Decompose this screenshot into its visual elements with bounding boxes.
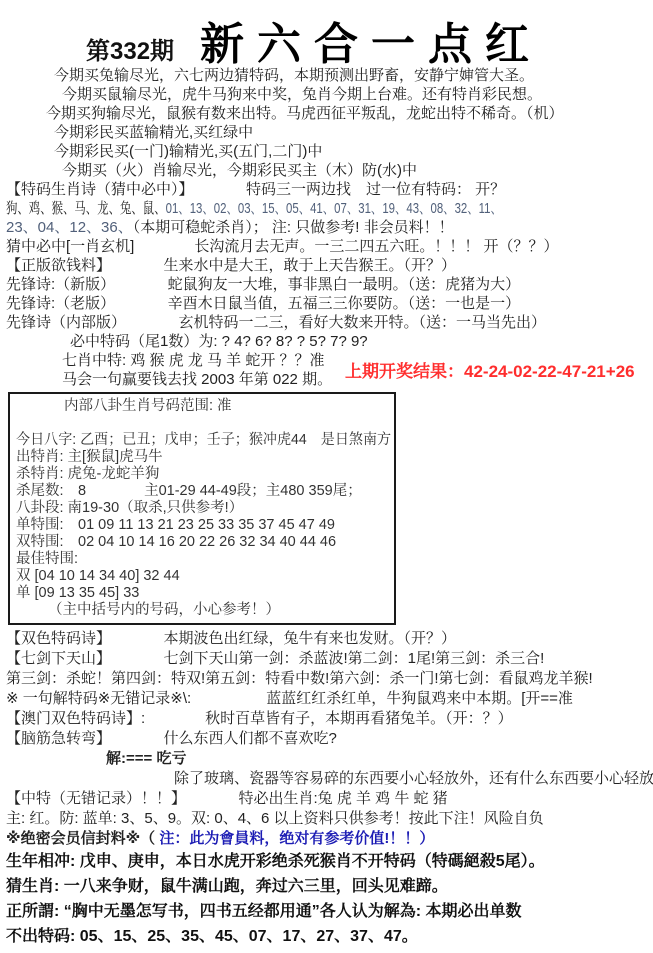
text-line: 双 [04 10 14 34 40] 32 44 bbox=[16, 568, 388, 585]
text-line: 杀尾数: 8 主01-29 44-49段；主480 359尾； bbox=[16, 483, 388, 500]
text-line: （主中括号内的号码，小心参考！） bbox=[16, 602, 388, 619]
text-line: 【七剑下天山】 七剑下天山第一剑：杀蓝波!第二剑：1尾!第三剑：杀三合! bbox=[6, 649, 653, 669]
text-line: 单 [09 13 35 45] 33 bbox=[16, 585, 388, 602]
text-span: ※绝密会员信封料※（ bbox=[6, 830, 159, 847]
text-line: 先锋诗:（老版） 辛酉木日鼠当值，五福三三你要防。（送：一也是一） bbox=[6, 294, 653, 313]
text-line: 先锋诗:（新版） 蛇鼠狗友一大堆，事非黑白一最明。（送：虎猪为大） bbox=[6, 275, 653, 294]
last-draw-result: 上期开奖结果：42-24-02-22-47-21+26 bbox=[345, 357, 635, 382]
text-line: 猜生肖: 一八来争财，鼠牛满山跑，奔过六三里，回头见难蹄。 bbox=[6, 874, 653, 899]
text-line: 双特围: 02 04 10 14 16 20 22 26 32 34 40 44… bbox=[16, 534, 388, 551]
text-line: 出特肖: 主[猴鼠]虎马牛 bbox=[16, 449, 388, 466]
result-numbers: 42-24-02-22-47-21+26 bbox=[464, 362, 635, 381]
text-span: 23、04、12、36、 bbox=[6, 219, 133, 236]
text-line: ※ 一句解特码※无错记录※\: 蓝蓝红红杀红单，牛狗鼠鸡来中本期。[开==准 bbox=[6, 689, 653, 709]
text-line: 【双色特码诗】 本期波色出红绿，兔牛有来也发财。（开？） bbox=[6, 629, 653, 649]
text-line: 今期买鼠输尽光，虎牛马狗来中奖，兔肖今期上台难。还有特肖彩民想。 bbox=[6, 85, 653, 104]
text-line: 单特围: 01 09 11 13 21 23 25 33 35 37 45 47… bbox=[16, 517, 388, 534]
result-label: 上期开奖结果： bbox=[345, 362, 464, 381]
page-title: 新六合一点红 bbox=[200, 8, 542, 72]
bagua-info-box: 内部八卦生肖号码范围: 准 今日八字: 乙酉；已丑；戊申；壬子；猴冲虎44 是日… bbox=[8, 392, 396, 625]
text-line: 【澳门双色特码诗】: 秋时百草皆有子，本期再看猪兔羊。（开：？） bbox=[6, 709, 653, 729]
text-line bbox=[16, 415, 388, 432]
text-line: 猜中必中[一肖玄机] 长沟流月去无声。一三二四五六旺。！！！ 开（？？） bbox=[6, 237, 653, 256]
text-line: 八卦段: 南19-30（取杀,只供参考!） bbox=[16, 500, 388, 517]
text-span: （本期可稳蛇杀肖）； 注: 只做参考! 非会员料！！ bbox=[133, 219, 454, 236]
text-line: 最佳特围: bbox=[16, 551, 388, 568]
text-line: 【脑筋急转弯】 什么东西人们都不喜欢吃? bbox=[6, 729, 653, 749]
bottom-bold-section: 生年相冲: 戊申、庚申，本日水虎开彩绝杀死猴肖不开特码（特碼絕殺5尾）。猜生肖:… bbox=[6, 849, 653, 949]
text-line: 不出特码: 05、15、25、35、45、07、17、27、37、47。 bbox=[6, 924, 653, 949]
text-line: 狗、鸡、猴、马、龙、兔、鼠、01、13、02、03、15、05、41、07、31… bbox=[6, 199, 498, 218]
text-line: 正所謂: “胸中无墨怎写书，四书五经都用通”各人认为解為: 本期必出单数 bbox=[6, 899, 653, 924]
text-line: 解:=== 吃亏 bbox=[6, 749, 653, 769]
text-line: 主: 红。防: 蓝单: 3、5、9。双: 0、4、6 以上资料只供参考！按此下注… bbox=[6, 809, 653, 829]
text-line: 第三剑：杀蛇！第四剑：特双!第五剑：特看中数!第六剑：杀一门!第七剑：看鼠鸡龙羊… bbox=[6, 669, 653, 689]
text-line: 生年相冲: 戊申、庚申，本日水虎开彩绝杀死猴肖不开特码（特碼絕殺5尾）。 bbox=[6, 849, 653, 874]
text-line: 今期彩民买蓝输精光,买红绿中 bbox=[6, 123, 653, 142]
text-line: 【中特（无错记录）！！】 特必出生肖:兔 虎 羊 鸡 牛 蛇 猪 bbox=[6, 789, 653, 809]
text-line: 【正版欲钱料】 生来水中是大王，敢于上天告猴王。（开？） bbox=[6, 256, 653, 275]
text-line: 今日八字: 乙酉；已丑；戊申；壬子；猴冲虎44 是日煞南方 bbox=[16, 432, 377, 449]
text-line: 除了玻璃、瓷器等容易碎的东西要小心轻放外，还有什么东西要小心轻放? bbox=[6, 769, 653, 789]
lottery-tip-sheet: 第332期 新六合一点红 今期买兔输尽光，六七两边猜特码，本期预测出野畜，安静宁… bbox=[0, 0, 653, 953]
issue-number: 第332期 bbox=[86, 31, 174, 66]
text-span: 狗、鸡、猴、马、龙、兔、鼠、 bbox=[6, 200, 166, 217]
text-line: 今期彩民买(一门)输精光,买(五门,二门)中 bbox=[6, 142, 653, 161]
text-line: 今期买兔输尽光，六七两边猜特码，本期预测出野畜，安静宁婶管大圣。 bbox=[6, 66, 653, 85]
text-line: 【特码生肖诗（猜中必中）】 特码三一两边找 过一位有特码： 开？ bbox=[6, 180, 653, 199]
header: 第332期 新六合一点红 bbox=[86, 8, 653, 60]
text-line: ※绝密会员信封料※（ 注：此为會員料，绝对有参考价值!！！） bbox=[6, 829, 653, 849]
text-line: 杀特肖: 虎兔-龙蛇羊狗 bbox=[16, 466, 388, 483]
text-line: 今期买（火）肖输尽光，今期彩民买主（木）防(水)中 bbox=[6, 161, 653, 180]
text-line: 先锋诗（内部版） 玄机特码一二三，看好大数来开特。（送：一马当先出） bbox=[6, 313, 653, 332]
intro-section: 今期买兔输尽光，六七两边猜特码，本期预测出野畜，安静宁婶管大圣。今期买鼠输尽光，… bbox=[6, 66, 653, 389]
member-note: 注：此为會員料，绝对有参考价值!！！） bbox=[159, 830, 434, 847]
poems-section: 【双色特码诗】 本期波色出红绿，兔牛有来也发财。（开？）【七剑下天山】 七剑下天… bbox=[6, 629, 653, 849]
text-line: 23、04、12、36、（本期可稳蛇杀肖）； 注: 只做参考! 非会员料！！ bbox=[6, 218, 653, 237]
text-line: 今期买狗输尽光，鼠猴有数来出特。马虎西征平叛乱，龙蛇出特不稀奇。（机） bbox=[6, 104, 653, 123]
text-line: 必中特码（尾1数）为: ? 4? 6? 8? ? 5? 7? 9? bbox=[6, 332, 653, 351]
text-line: 内部八卦生肖号码范围: 准 bbox=[16, 398, 388, 415]
text-span: 01、13、02、03、15、05、41、07、31、19、43、08、32、1… bbox=[166, 200, 502, 217]
